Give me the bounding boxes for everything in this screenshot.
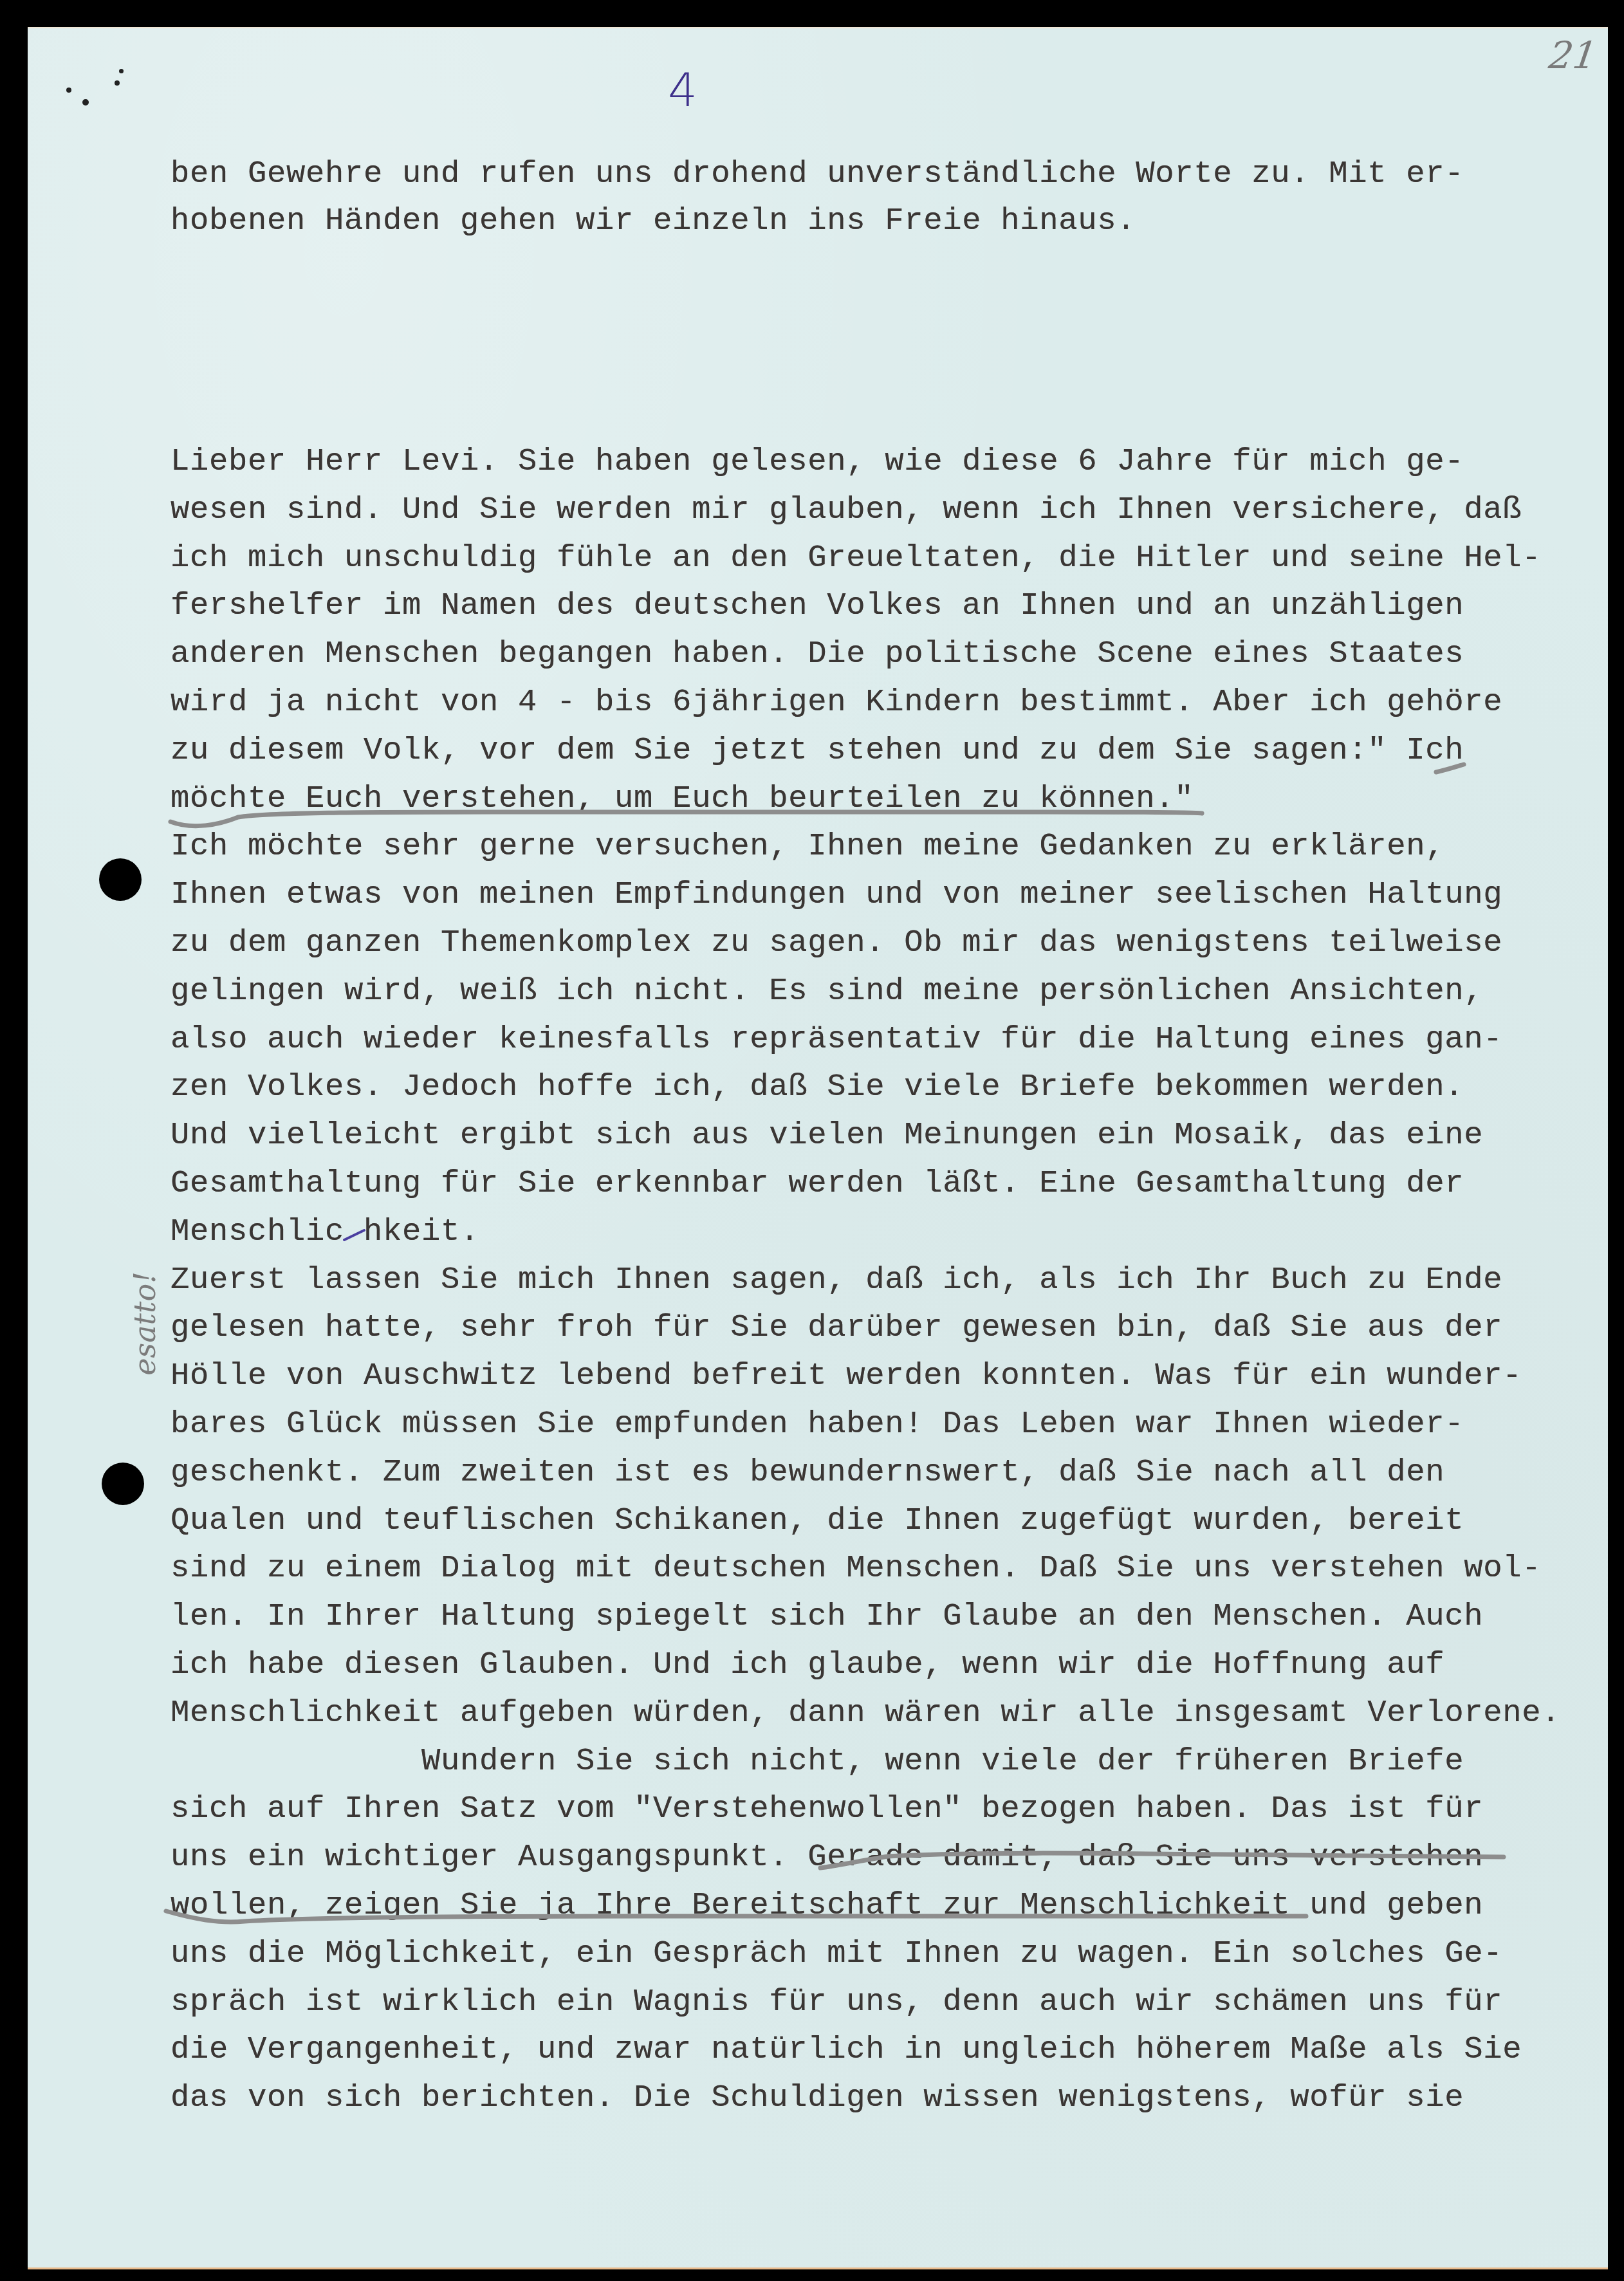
typed-line: Qualen und teuflischen Schikanen, die Ih… xyxy=(171,1505,1464,1537)
typed-line: möchte Euch verstehen, um Euch beurteile… xyxy=(171,783,1194,815)
typed-line: Menschlichkeit aufgeben würden, dann wär… xyxy=(171,1697,1560,1729)
typed-line: bares Glück müssen Sie empfunden haben! … xyxy=(171,1408,1464,1440)
typed-line: zen Volkes. Jedoch hoffe ich, daß Sie vi… xyxy=(171,1071,1464,1103)
punch-hole-lower xyxy=(102,1463,144,1505)
typed-line: ich mich unschuldig fühle an den Greuelt… xyxy=(171,542,1541,574)
typed-line: uns ein wichtiger Ausgangspunkt. Gerade … xyxy=(171,1842,1483,1873)
typed-line: Lieber Herr Levi. Sie haben gelesen, wie… xyxy=(171,446,1464,477)
typed-line: uns die Möglichkeit, ein Gespräch mit Ih… xyxy=(171,1938,1502,1970)
typed-line: Wundern Sie sich nicht, wenn viele der f… xyxy=(171,1746,1464,1777)
typed-line: sind zu einem Dialog mit deutschen Mensc… xyxy=(171,1553,1541,1584)
handwritten-sheet-number: 4 xyxy=(668,63,697,117)
typed-line: wird ja nicht von 4 - bis 6jährigen Kind… xyxy=(171,687,1502,718)
typed-line: len. In Ihrer Haltung spiegelt sich Ihr … xyxy=(171,1601,1483,1632)
typed-line: ich habe diesen Glauben. Und ich glaube,… xyxy=(171,1649,1444,1681)
typed-line: Ich möchte sehr gerne versuchen, Ihnen m… xyxy=(171,831,1444,862)
typed-line: sich auf Ihren Satz vom "Verstehenwollen… xyxy=(171,1793,1483,1825)
typed-line: anderen Menschen begangen haben. Die pol… xyxy=(171,638,1464,670)
typed-line: das von sich berichten. Die Schuldigen w… xyxy=(171,2082,1464,2114)
typed-line: gelingen wird, weiß ich nicht. Es sind m… xyxy=(171,975,1483,1007)
handwritten-page-number: 21 xyxy=(1546,33,1600,77)
typed-line: die Vergangenheit, und zwar natürlich in… xyxy=(171,2034,1522,2065)
margin-annotation: esatto! xyxy=(127,1250,162,1398)
typed-line: Hölle von Auschwitz lebend befreit werde… xyxy=(171,1360,1522,1392)
typed-line: fershelfer im Namen des deutschen Volkes… xyxy=(171,590,1464,622)
staple-hole xyxy=(119,69,124,73)
typed-line: gelesen hatte, sehr froh für Sie darüber… xyxy=(171,1312,1502,1344)
typed-line: geschenkt. Zum zweiten ist es bewunderns… xyxy=(171,1457,1444,1488)
typed-line: Gesamthaltung für Sie erkennbar werden l… xyxy=(171,1168,1464,1199)
typed-line: wollen, zeigen Sie ja Ihre Bereitschaft … xyxy=(171,1890,1483,1921)
typed-line: Ihnen etwas von meinen Empfindungen und … xyxy=(171,879,1502,910)
staple-hole xyxy=(82,99,89,106)
typed-line: Und vielleicht ergibt sich aus vielen Me… xyxy=(171,1120,1483,1151)
typed-line: hobenen Händen gehen wir einzeln ins Fre… xyxy=(171,205,1136,237)
staple-hole xyxy=(66,88,71,93)
typed-line: Zuerst lassen Sie mich Ihnen sagen, daß … xyxy=(171,1264,1502,1296)
typed-line: also auch wieder keinesfalls repräsentat… xyxy=(171,1024,1502,1055)
typed-line: Menschlic hkeit. xyxy=(171,1216,479,1248)
typed-line: zu dem ganzen Themenkomplex zu sagen. Ob… xyxy=(171,927,1502,959)
staple-hole xyxy=(115,80,120,86)
typed-line: spräch ist wirklich ein Wagnis für uns, … xyxy=(171,1986,1502,2018)
typed-line: ben Gewehre und rufen uns drohend unvers… xyxy=(171,158,1464,190)
typed-line: zu diesem Volk, vor dem Sie jetzt stehen… xyxy=(171,735,1464,766)
punch-hole-upper xyxy=(99,858,142,901)
typed-line: wesen sind. Und Sie werden mir glauben, … xyxy=(171,494,1522,526)
